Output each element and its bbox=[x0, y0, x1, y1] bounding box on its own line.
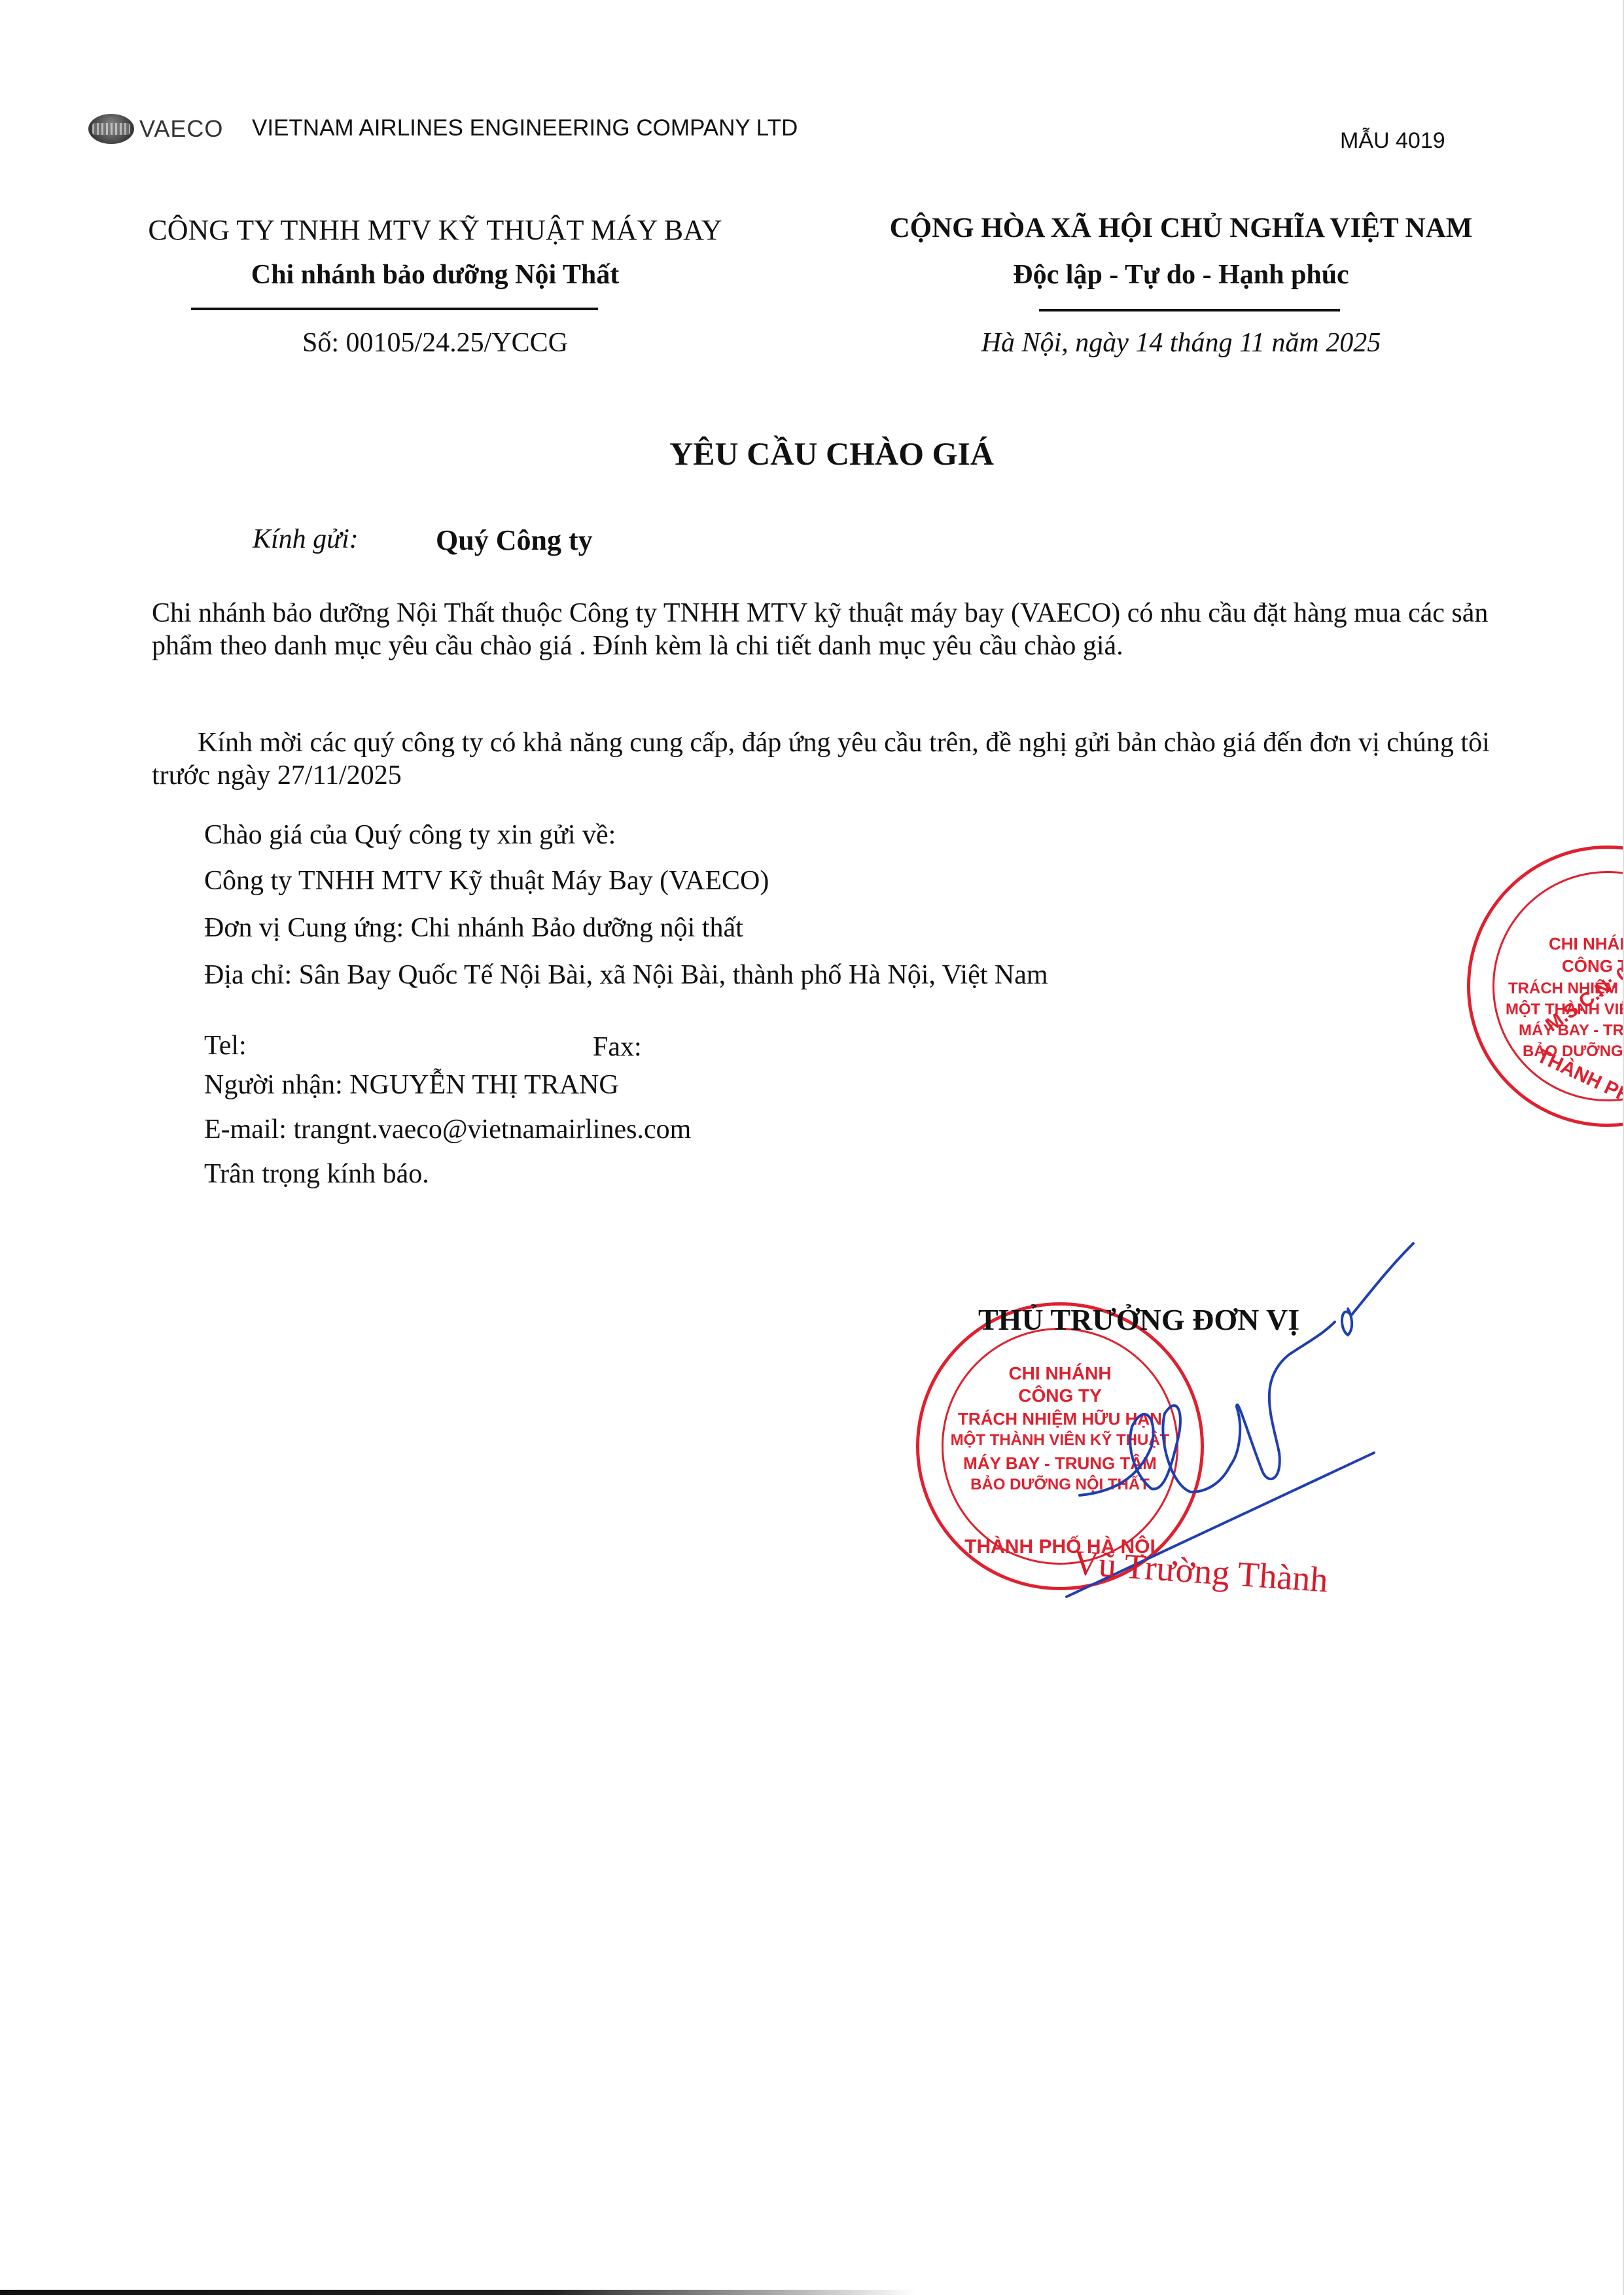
contact-email[interactable]: E-mail: trangnt.vaeco@vietnamairlines.co… bbox=[204, 1114, 691, 1145]
document-number: Số: 00105/24.25/YCCG bbox=[98, 327, 772, 359]
recipient-label: Kính gửi: bbox=[253, 524, 359, 555]
stamp-center-line: CHI NHÁNH bbox=[1549, 934, 1624, 954]
contact-company: Công ty TNHH MTV Kỹ thuật Máy Bay (VAECO… bbox=[204, 865, 769, 897]
stamp-center-line: MỘT THÀNH VIÊN KỸ THUẬT bbox=[1506, 1001, 1624, 1019]
stamp-center-line: TRÁCH NHIỆM HỮU HẠN bbox=[1508, 980, 1624, 998]
contact-address: Địa chỉ: Sân Bay Quốc Tế Nội Bài, xã Nội… bbox=[204, 959, 1048, 991]
logo-text: VAECO bbox=[139, 115, 223, 143]
scan-edge bbox=[0, 2290, 916, 2295]
body-paragraph-2: Kính mời các quý công ty có khả năng cun… bbox=[152, 726, 1500, 792]
national-motto: Độc lập - Tự do - Hạnh phúc bbox=[838, 259, 1525, 291]
form-code: MẪU 4019 bbox=[1340, 128, 1445, 154]
place-date: Hà Nội, ngày 14 tháng 11 năm 2025 bbox=[838, 327, 1525, 359]
sender-branch: Chi nhánh bảo dưỡng Nội Thất bbox=[98, 259, 772, 291]
right-divider bbox=[1039, 309, 1340, 311]
stamp-center-line: CÔNG TY bbox=[1562, 956, 1624, 976]
closing-text: Trân trọng kính báo. bbox=[204, 1158, 429, 1190]
body-paragraph-1: Chi nhánh bảo dưỡng Nội Thất thuộc Công … bbox=[152, 597, 1500, 662]
check-mark-icon bbox=[1342, 1243, 1413, 1335]
document-title: YÊU CẦU CHÀO GIÁ bbox=[0, 435, 1624, 472]
vaeco-logo: VAECO bbox=[88, 114, 223, 144]
fax-label: Fax: bbox=[593, 1031, 642, 1063]
stamp-center-line: MÁY BAY - TRUNG TÂM bbox=[1519, 1022, 1624, 1040]
contact-intro: Chào giá của Quý công ty xin gửi về: bbox=[204, 819, 616, 851]
company-stamp-edge: M.S.C.N: 0102713673-003 - C.T.T.N.H.H CH… bbox=[1467, 845, 1624, 1127]
left-divider bbox=[191, 308, 598, 310]
sender-company: CÔNG TY TNHH MTV KỸ THUẬT MÁY BAY bbox=[98, 213, 772, 247]
contact-unit: Đơn vị Cung ứng: Chi nhánh Bảo dưỡng nội… bbox=[204, 912, 743, 944]
tel-label: Tel: bbox=[204, 1030, 247, 1061]
contact-receiver: Người nhận: NGUYỄN THỊ TRANG bbox=[204, 1069, 619, 1101]
recipient-value: Quý Công ty bbox=[436, 524, 593, 557]
company-name-en: VIETNAM AIRLINES ENGINEERING COMPANY LTD bbox=[252, 115, 798, 141]
lotus-logo-icon bbox=[88, 114, 134, 144]
national-title: CỘNG HÒA XÃ HỘI CHỦ NGHĨA VIỆT NAM bbox=[838, 212, 1525, 244]
